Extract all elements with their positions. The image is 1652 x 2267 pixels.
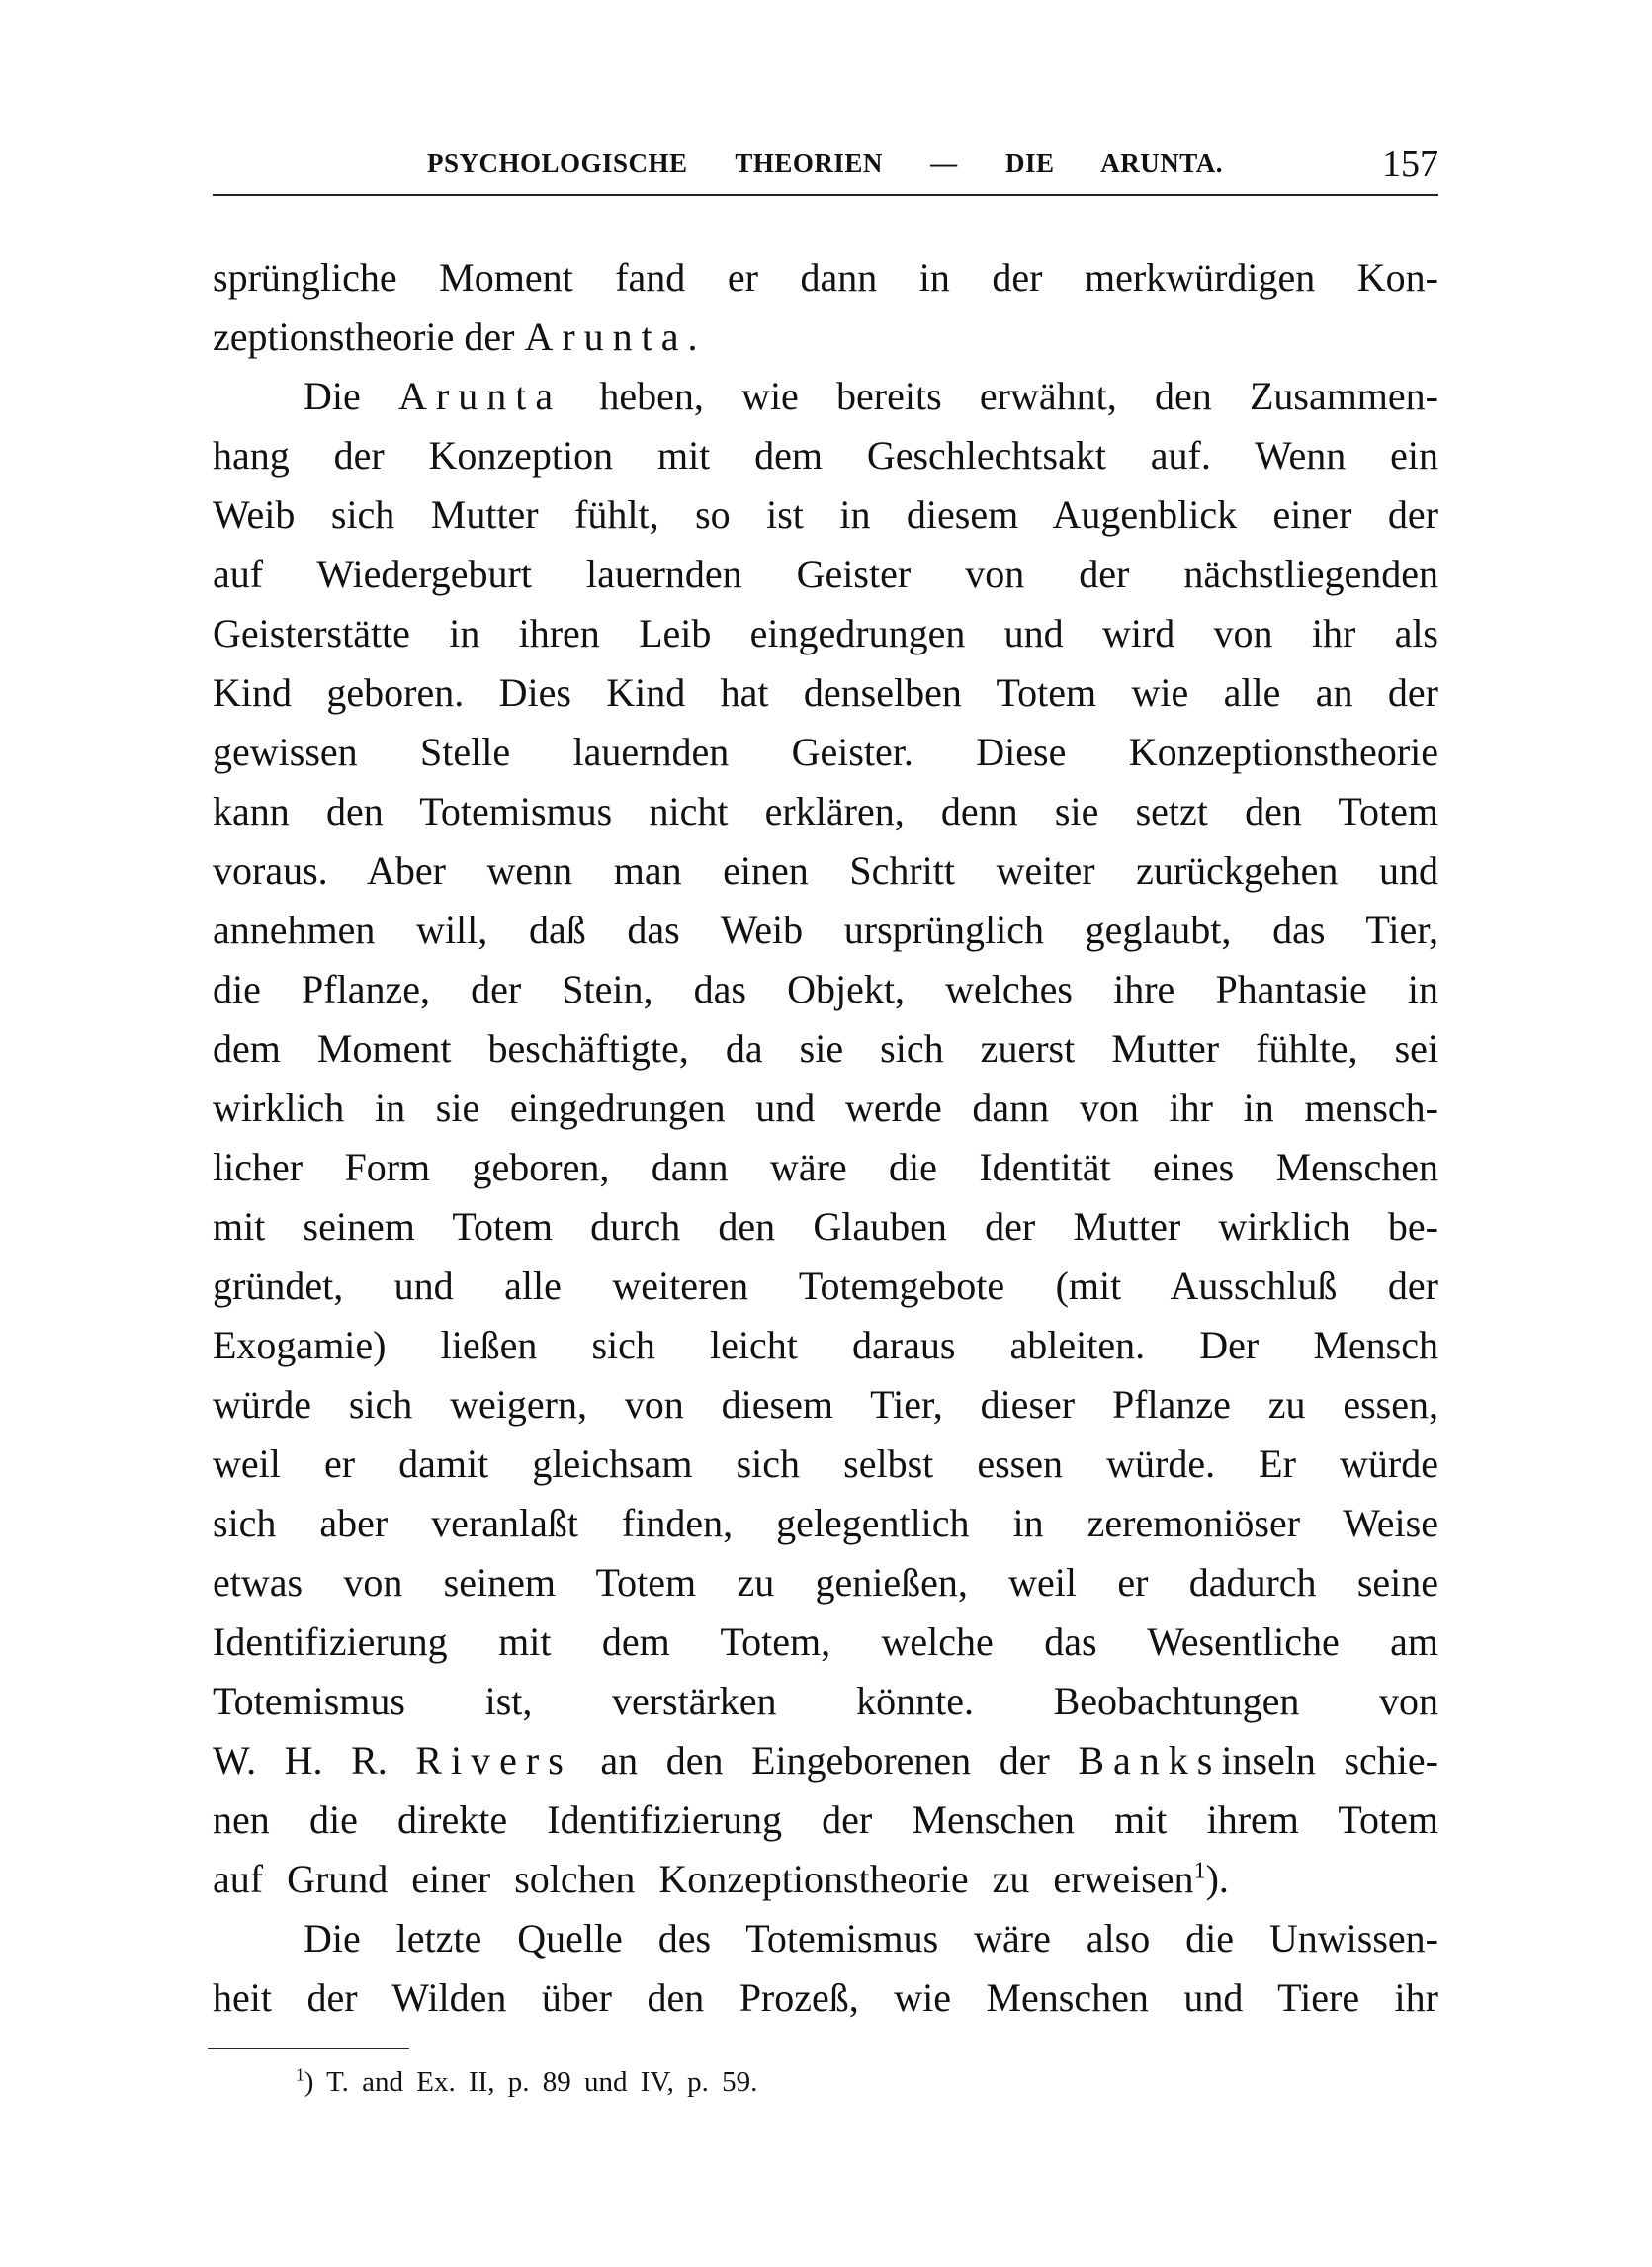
paragraph-start-line: Die letzte Quelle des Totemismus wäre al… bbox=[304, 1915, 1438, 1962]
line-text: gewissen Stelle lauernden Geister. Diese… bbox=[213, 730, 1438, 774]
footnote-rule bbox=[208, 2048, 409, 2049]
text-line: zeptionstheorie der Arunta. bbox=[213, 313, 1438, 361]
line-text: auf Wiedergeburt lauernden Geister von d… bbox=[213, 552, 1438, 596]
line-text: würde sich weigern, von diesem Tier, die… bbox=[213, 1382, 1438, 1427]
line-text: Kind geboren. Dies Kind hat denselben To… bbox=[213, 670, 1438, 715]
line-text: licher Form geboren, dann wäre die Ident… bbox=[213, 1145, 1438, 1189]
text-line: heit der Wilden über den Prozeß, wie Men… bbox=[213, 1974, 1438, 2022]
line-text: sich aber veranlaßt finden, gelegentlich… bbox=[213, 1501, 1438, 1545]
line-text: zeptionstheorie der bbox=[213, 314, 524, 359]
line-text: Identifizierung mit dem Totem, welche da… bbox=[213, 1619, 1438, 1664]
text-line: hang der Konzeption mit dem Geschlechtsa… bbox=[213, 432, 1438, 480]
page-number: 157 bbox=[1382, 144, 1438, 184]
running-head: PSYCHOLOGISCHE THEORIEN — DIE ARUNTA. bbox=[427, 148, 1223, 178]
line-text: inseln schie- bbox=[1221, 1738, 1438, 1783]
line-text: sprüngliche Moment fand er dann in der m… bbox=[213, 255, 1438, 300]
text-line: sprüngliche Moment fand er dann in der m… bbox=[213, 254, 1438, 302]
spaced-name: Arunta bbox=[398, 374, 562, 418]
text-line: etwas von seinem Totem zu genießen, weil… bbox=[213, 1559, 1438, 1607]
line-text: Totemismus ist, verstärken könnte. Beoba… bbox=[213, 1679, 1438, 1723]
line-text: weil er damit gleichsam sich selbst esse… bbox=[213, 1441, 1438, 1486]
line-text: heit der Wilden über den Prozeß, wie Men… bbox=[213, 1975, 1438, 2020]
line-text: an den Eingeborenen der bbox=[572, 1738, 1079, 1783]
line-text: nen die direkte Identifizierung der Mens… bbox=[213, 1797, 1438, 1842]
text-line: gründet, und alle weiteren Totemgebote (… bbox=[213, 1263, 1438, 1310]
header-rule bbox=[213, 194, 1438, 196]
footnote: 1) T. and Ex. II, p. 89 und IV, p. 59. bbox=[296, 2066, 757, 2098]
footnote-text: ) T. and Ex. II, p. 89 und IV, p. 59. bbox=[304, 2066, 758, 2098]
text-line: licher Form geboren, dann wäre die Ident… bbox=[213, 1144, 1438, 1191]
text-line: kann den Totemismus nicht erklären, denn… bbox=[213, 788, 1438, 835]
text-line: wirklich in sie eingedrungen und werde d… bbox=[213, 1085, 1438, 1132]
line-text: hang der Konzeption mit dem Geschlechtsa… bbox=[213, 433, 1438, 478]
line-text: wirklich in sie eingedrungen und werde d… bbox=[213, 1086, 1438, 1130]
line-text: etwas von seinem Totem zu genießen, weil… bbox=[213, 1560, 1438, 1605]
text-line: voraus. Aber wenn man einen Schritt weit… bbox=[213, 847, 1438, 895]
text-line: nen die direkte Identifizierung der Mens… bbox=[213, 1796, 1438, 1844]
text-line: dem Moment beschäftigte, da sie sich zue… bbox=[213, 1025, 1438, 1073]
line-text: . bbox=[688, 314, 698, 359]
text-line: weil er damit gleichsam sich selbst esse… bbox=[213, 1440, 1438, 1488]
line-text: Weib sich Mutter fühlt, so ist in diesem… bbox=[213, 492, 1438, 537]
spaced-name: Rivers bbox=[415, 1738, 571, 1783]
line-text: auf Grund einer solchen Konzeptionstheor… bbox=[213, 1857, 1194, 1901]
spaced-name: Banks bbox=[1078, 1738, 1221, 1783]
text-line: Exogamie) ließen sich leicht daraus able… bbox=[213, 1322, 1438, 1369]
text-line: Totemismus ist, verstärken könnte. Beoba… bbox=[213, 1678, 1438, 1725]
text-line: mit seinem Totem durch den Glauben der M… bbox=[213, 1203, 1438, 1251]
line-text: Die bbox=[304, 374, 398, 418]
text-line: sich aber veranlaßt finden, gelegentlich… bbox=[213, 1500, 1438, 1547]
paragraph-start-line: Die Arunta heben, wie bereits erwähnt, d… bbox=[304, 373, 1438, 420]
text-line: auf Wiedergeburt lauernden Geister von d… bbox=[213, 551, 1438, 598]
line-text: annehmen will, daß das Weib ursprünglich… bbox=[213, 908, 1438, 952]
line-text: ). bbox=[1206, 1857, 1229, 1901]
text-line: Kind geboren. Dies Kind hat denselben To… bbox=[213, 669, 1438, 717]
line-text: Geisterstätte in ihren Leib eingedrungen… bbox=[213, 611, 1438, 655]
line-text: gründet, und alle weiteren Totemgebote (… bbox=[213, 1264, 1438, 1308]
text-line: Weib sich Mutter fühlt, so ist in diesem… bbox=[213, 491, 1438, 539]
text-line: Identifizierung mit dem Totem, welche da… bbox=[213, 1618, 1438, 1666]
line-text: mit seinem Totem durch den Glauben der M… bbox=[213, 1204, 1438, 1249]
line-text: W. H. R. bbox=[213, 1738, 415, 1783]
line-text: Exogamie) ließen sich leicht daraus able… bbox=[213, 1323, 1438, 1367]
text-line: Geisterstätte in ihren Leib eingedrungen… bbox=[213, 610, 1438, 657]
text-line: die Pflanze, der Stein, das Objekt, welc… bbox=[213, 966, 1438, 1013]
text-line: würde sich weigern, von diesem Tier, die… bbox=[213, 1381, 1438, 1429]
line-text: die Pflanze, der Stein, das Objekt, welc… bbox=[213, 967, 1438, 1011]
text-line: annehmen will, daß das Weib ursprünglich… bbox=[213, 907, 1438, 954]
book-page: PSYCHOLOGISCHE THEORIEN — DIE ARUNTA. 15… bbox=[0, 0, 1652, 2267]
line-text: dem Moment beschäftigte, da sie sich zue… bbox=[213, 1026, 1438, 1071]
text-line: gewissen Stelle lauernden Geister. Diese… bbox=[213, 729, 1438, 776]
text-line: auf Grund einer solchen Konzeptionstheor… bbox=[213, 1856, 1438, 1903]
line-text: heben, wie bereits erwähnt, den Zusammen… bbox=[599, 374, 1438, 418]
footnote-reference[interactable]: 1 bbox=[1194, 1859, 1206, 1884]
text-line: W. H. R. Rivers an den Eingeborenen der … bbox=[213, 1737, 1438, 1785]
line-text: kann den Totemismus nicht erklären, denn… bbox=[213, 789, 1438, 833]
spaced-name: Arunta bbox=[524, 314, 687, 359]
footnote-marker: 1 bbox=[296, 2065, 304, 2085]
line-text: Die letzte Quelle des Totemismus wäre al… bbox=[304, 1916, 1438, 1961]
line-text: voraus. Aber wenn man einen Schritt weit… bbox=[213, 848, 1438, 893]
